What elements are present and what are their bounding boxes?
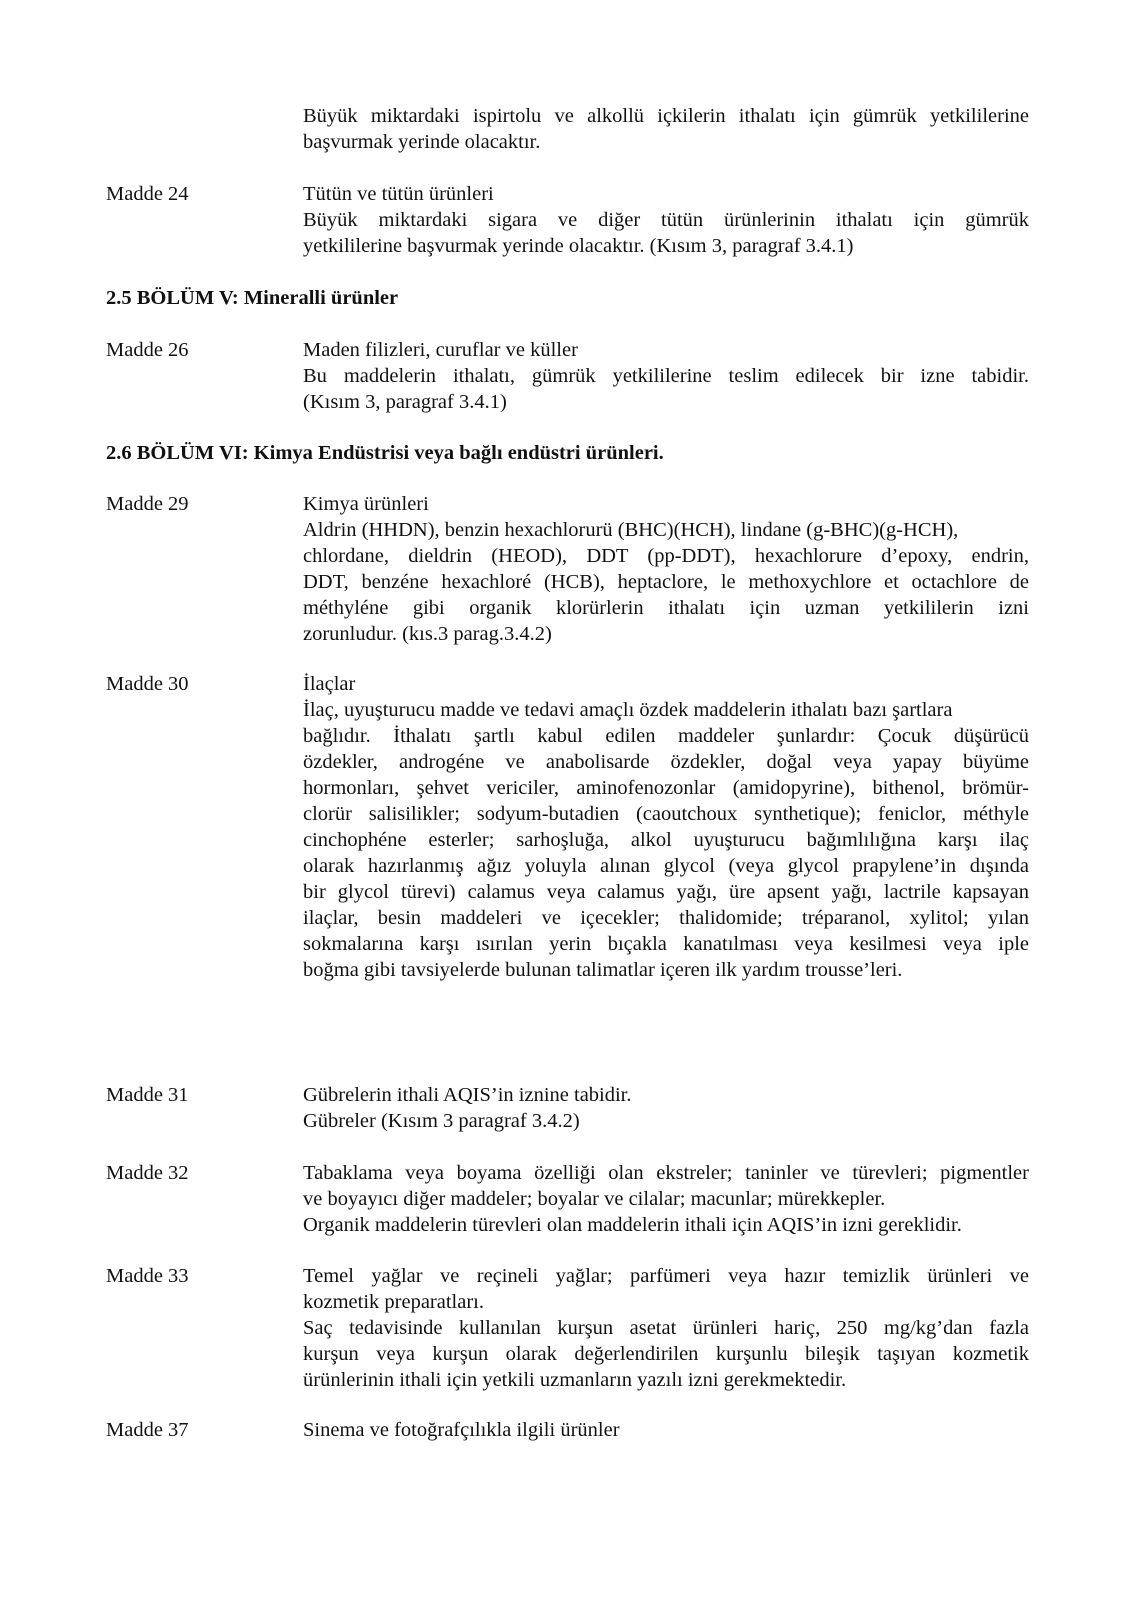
text-line: cinchophéne esterler; sarhoşluğa, alkol … <box>303 827 1029 853</box>
article-label: Madde 29 <box>106 491 189 517</box>
article-label: Madde 37 <box>106 1417 189 1443</box>
text-line: zorunludur. (kıs.3 parag.3.4.2) <box>303 621 1029 647</box>
text-line: yetkililerine başvurmak yerinde olacaktı… <box>303 233 1029 259</box>
text-line: Tabaklama veya boyama özelliği olan ekst… <box>303 1160 1029 1186</box>
article-title: Maden filizleri, curuflar ve küller <box>303 337 1029 363</box>
text-line: clorür salisilikler; sodyum-butadien (ca… <box>303 801 1029 827</box>
text-line: Temel yağlar ve reçineli yağlar; parfüme… <box>303 1263 1029 1289</box>
text-line: boğma gibi tavsiyelerde bulunan talimatl… <box>303 957 1029 983</box>
text-line: başvurmak yerinde olacaktır. <box>303 129 1029 155</box>
article-label: Madde 24 <box>106 181 189 207</box>
text-line: olarak hazırlanmış ağız yoluyla alınan g… <box>303 853 1029 879</box>
text-line: Saç tedavisinde kullanılan kurşun asetat… <box>303 1315 1029 1341</box>
article-title: Sinema ve fotoğrafçılıkla ilgili ürünler <box>303 1417 1029 1443</box>
article-title: Gübrelerin ithali AQIS’in iznine tabidir… <box>303 1082 1029 1108</box>
text-line: (Kısım 3, paragraf 3.4.1) <box>303 389 1029 415</box>
article-label: Madde 33 <box>106 1263 189 1289</box>
text-line: Organik maddelerin türevleri olan maddel… <box>303 1212 1029 1238</box>
article-label: Madde 30 <box>106 671 189 697</box>
article-title: İlaçlar <box>303 671 1029 697</box>
text-line: Bu maddelerin ithalatı, gümrük yetkilile… <box>303 363 1029 389</box>
section-heading-2-5: 2.5 BÖLÜM V: Mineralli ürünler <box>106 285 398 311</box>
text-line: özdekler, androgéne ve anabolisarde özde… <box>303 749 1029 775</box>
text-line: Büyük miktardaki sigara ve diğer tütün ü… <box>303 207 1029 233</box>
text-line: bir glycol türevi) calamus veya calamus … <box>303 879 1029 905</box>
text-line: ürünlerinin ithali için yetkili uzmanlar… <box>303 1367 1029 1393</box>
text-line: Aldrin (HHDN), benzin hexachlorurü (BHC)… <box>303 517 1029 543</box>
text-line: sokmalarına karşı ısırılan yerin bıçakla… <box>303 931 1029 957</box>
article-title: Tütün ve tütün ürünleri <box>303 181 1029 207</box>
text-line: DDT, benzéne hexachloré (HCB), heptaclor… <box>303 569 1029 595</box>
article-label: Madde 31 <box>106 1082 189 1108</box>
section-heading-2-6: 2.6 BÖLÜM VI: Kimya Endüstrisi veya bağl… <box>106 440 664 466</box>
article-label: Madde 32 <box>106 1160 189 1186</box>
text-line: kozmetik preparatları. <box>303 1289 1029 1315</box>
text-line: kurşun veya kurşun olarak değerlendirile… <box>303 1341 1029 1367</box>
text-line: chlordane, dieldrin (HEOD), DDT (pp-DDT)… <box>303 543 1029 569</box>
text-line: bağlıdır. İthalatı şartlı kabul edilen m… <box>303 723 1029 749</box>
article-label: Madde 26 <box>106 337 189 363</box>
text-line: İlaç, uyuşturucu madde ve tedavi amaçlı … <box>303 697 1029 723</box>
text-line: Büyük miktardaki ispirtolu ve alkollü iç… <box>303 103 1029 129</box>
text-line: méthyléne gibi organik klorürlerin ithal… <box>303 595 1029 621</box>
text-line: hormonları, şehvet vericiler, aminofenoz… <box>303 775 1029 801</box>
text-line: ve boyayıcı diğer maddeler; boyalar ve c… <box>303 1186 1029 1212</box>
text-line: ilaçlar, besin maddeleri ve içecekler; t… <box>303 905 1029 931</box>
text-line: Gübreler (Kısım 3 paragraf 3.4.2) <box>303 1108 1029 1134</box>
article-title: Kimya ürünleri <box>303 491 1029 517</box>
